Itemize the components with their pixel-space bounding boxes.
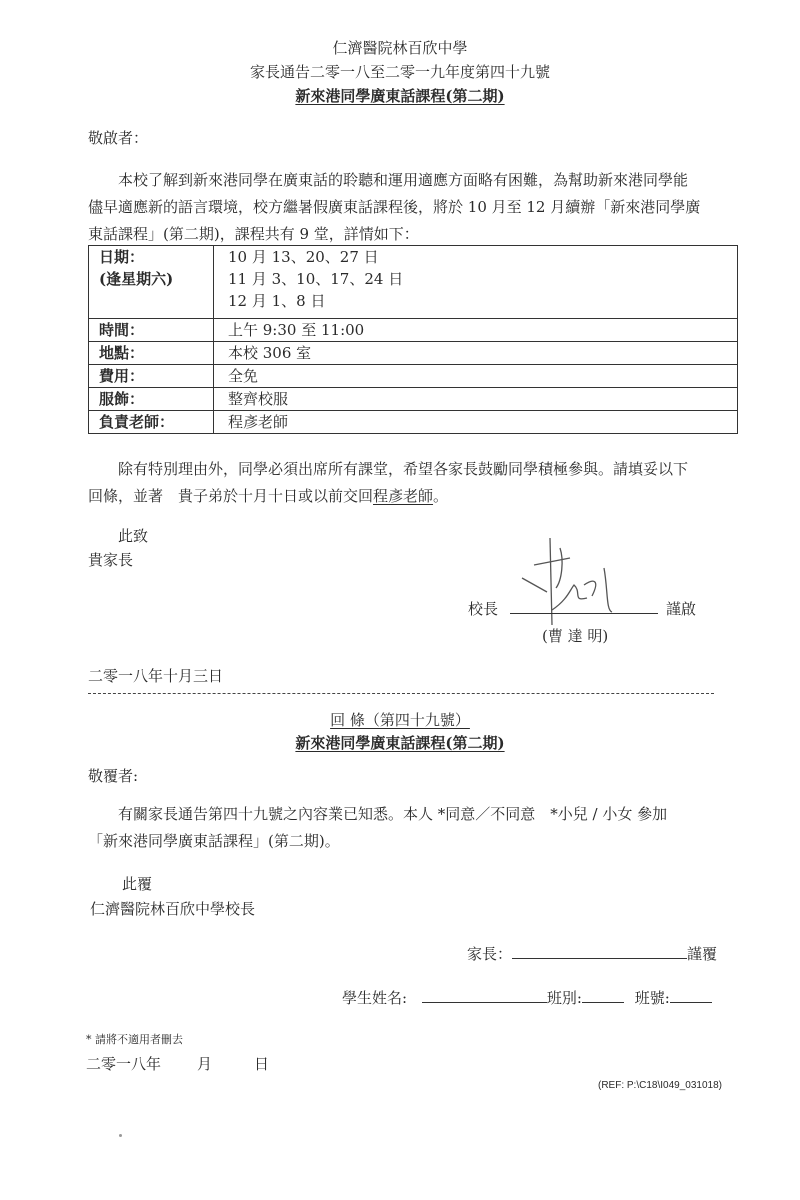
student-info-row: 學生姓名: 班別: 班號: bbox=[342, 988, 712, 1008]
parent-suffix: 謹覆 bbox=[687, 945, 717, 963]
teacher-label: 負責老師： bbox=[89, 411, 214, 434]
venue-label: 地點： bbox=[89, 342, 214, 365]
parent-signature-field[interactable] bbox=[512, 958, 687, 959]
attire-label: 服飾： bbox=[89, 388, 214, 411]
time-label: 時間： bbox=[89, 319, 214, 342]
venue-value: 本校 306 室 bbox=[214, 342, 738, 365]
parent-signature-row: 家長：謹覆 bbox=[467, 944, 717, 964]
student-name-field[interactable] bbox=[422, 1002, 547, 1003]
closing-line-1: 除有特別理由外，同學必須出席所有課堂，希望各家長鼓勵同學積極參與。請填妥以下 bbox=[118, 459, 688, 479]
intro-line-3: 東話課程」(第二期)，課程共有 9 堂，詳情如下： bbox=[88, 224, 419, 244]
addressee: 貴家長 bbox=[88, 550, 133, 570]
closing-line-2: 回條，並著 貴子弟於十月十日或以前交回程彥老師。 bbox=[88, 486, 448, 506]
ci-fu: 此覆 bbox=[122, 874, 152, 894]
scan-speck bbox=[119, 1134, 122, 1137]
principal-name: (曹 達 明) bbox=[542, 626, 608, 646]
date-value-oct: 10 月 13、20、27 日 bbox=[228, 246, 737, 268]
reply-slip-title: 回 條（第四十九號） bbox=[0, 710, 800, 730]
teacher-name-underlined: 程彥老師 bbox=[373, 487, 433, 505]
salutation: 敬啟者： bbox=[88, 128, 148, 148]
reply-date-row: 二零一八年月日 bbox=[86, 1054, 269, 1074]
attire-value: 整齊校服 bbox=[214, 388, 738, 411]
notice-title: 新來港同學廣東話課程(第二期) bbox=[0, 86, 800, 106]
tear-off-divider bbox=[88, 693, 714, 694]
student-name-label: 學生姓名: bbox=[342, 989, 407, 1007]
reply-salutation: 敬覆者: bbox=[88, 766, 138, 786]
table-row-teacher: 負責老師： 程彥老師 bbox=[89, 411, 738, 434]
principal-label: 校長 bbox=[468, 599, 498, 619]
fee-label: 費用： bbox=[89, 365, 214, 388]
table-row-attire: 服飾： 整齊校服 bbox=[89, 388, 738, 411]
footnote: * 請將不適用者刪去 bbox=[86, 1030, 183, 1050]
table-row-time: 時間： 上午 9:30 至 11:00 bbox=[89, 319, 738, 342]
table-row-fee: 費用： 全免 bbox=[89, 365, 738, 388]
reply-addressee: 仁濟醫院林百欣中學校長 bbox=[90, 899, 255, 919]
table-row-venue: 地點： 本校 306 室 bbox=[89, 342, 738, 365]
class-label: 班別: bbox=[547, 989, 582, 1007]
school-name: 仁濟醫院林百欣中學 bbox=[0, 38, 800, 58]
date-value-nov: 11 月 3、10、17、24 日 bbox=[228, 268, 737, 290]
principal-signature-icon bbox=[512, 530, 662, 630]
notice-number: 家長通告二零一八至二零一九年度第四十九號 bbox=[0, 62, 800, 82]
class-field[interactable] bbox=[582, 1002, 624, 1003]
parent-label: 家長： bbox=[467, 945, 512, 963]
reply-line-1: 有關家長通告第四十九號之內容業已知悉。本人 *同意／不同意 *小兒 / 小女 參… bbox=[118, 804, 667, 824]
table-row-date: 日期： (逢星期六) 10 月 13、20、27 日 11 月 3、10、17、… bbox=[89, 246, 738, 319]
class-number-field[interactable] bbox=[670, 1002, 712, 1003]
class-number-label: 班號: bbox=[635, 989, 670, 1007]
date-value-dec: 12 月 1、8 日 bbox=[228, 290, 737, 312]
ci-zhi: 此致 bbox=[118, 526, 148, 546]
date-sublabel: (逢星期六) bbox=[99, 268, 213, 290]
date-label: 日期： bbox=[99, 246, 213, 268]
notice-date: 二零一八年十月三日 bbox=[88, 666, 223, 686]
signature-line bbox=[510, 613, 658, 614]
respectfully-label: 謹啟 bbox=[666, 599, 696, 619]
intro-line-1: 本校了解到新來港同學在廣東話的聆聽和運用適應方面略有困難，為幫助新來港同學能 bbox=[118, 170, 688, 190]
course-details-table: 日期： (逢星期六) 10 月 13、20、27 日 11 月 3、10、17、… bbox=[88, 245, 738, 434]
reply-line-2: 「新來港同學廣東話課程」(第二期)。 bbox=[88, 831, 340, 851]
time-value: 上午 9:30 至 11:00 bbox=[214, 319, 738, 342]
reply-slip-subtitle: 新來港同學廣東話課程(第二期) bbox=[0, 733, 800, 753]
intro-line-2: 儘早適應新的語言環境，校方繼暑假廣東話課程後，將於 10 月至 12 月續辦「新… bbox=[88, 197, 700, 217]
reference-code: (REF: P:\C18\I049_031018) bbox=[598, 1076, 722, 1096]
fee-value: 全免 bbox=[214, 365, 738, 388]
teacher-value: 程彥老師 bbox=[214, 411, 738, 434]
